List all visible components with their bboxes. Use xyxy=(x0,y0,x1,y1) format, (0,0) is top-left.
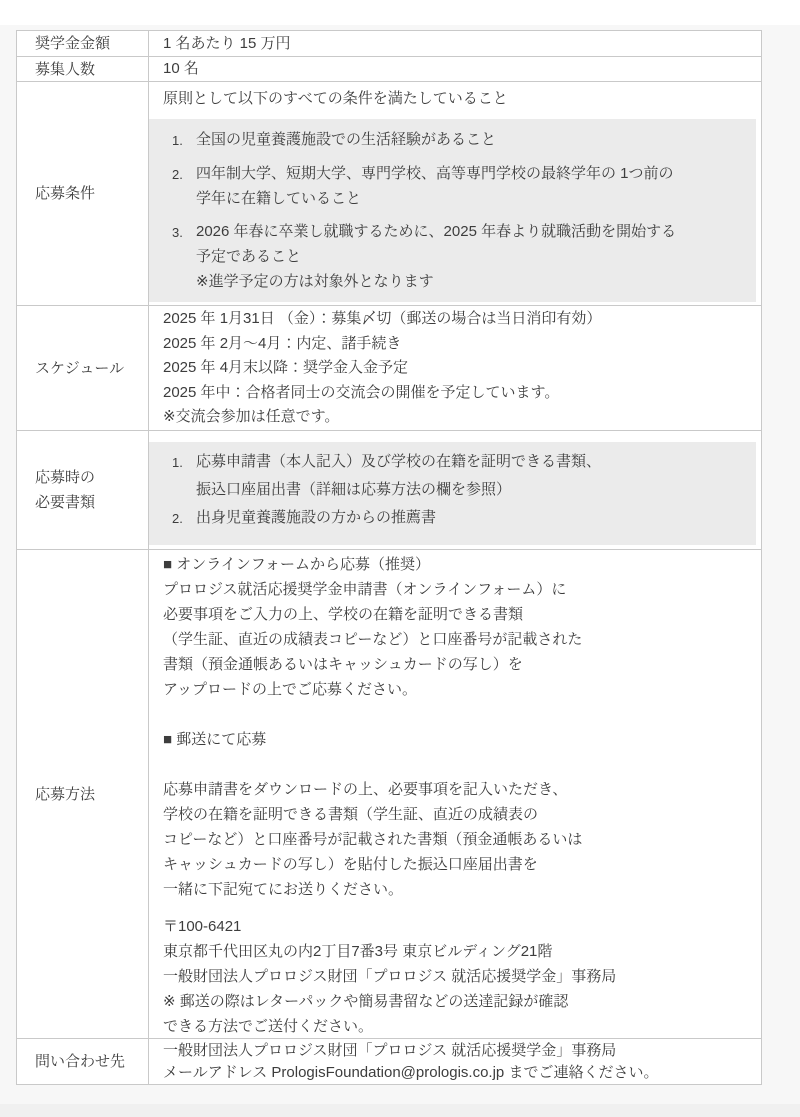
text-line: 予定であること xyxy=(196,244,756,269)
text-line: アップロードの上でご応募ください。 xyxy=(163,677,747,702)
row-documents-label: 応募時の 必要書類 xyxy=(17,431,149,549)
list-number: 2. xyxy=(172,161,196,211)
text-line: キャッシュカードの写し）を貼付した振込口座届出書を xyxy=(163,852,747,877)
text-line: コピーなど）と口座番号が記載された書類（預金通帳あるいは xyxy=(163,827,747,852)
text-line: プロロジス就活応援奨学金申請書（オンラインフォーム）に xyxy=(163,577,747,602)
row-capacity: 募集人数 10 名 xyxy=(17,57,761,82)
row-contact-value: 一般財団法人プロロジス財団「プロロジス 就活応援奨学金」事務局 メールアドレス … xyxy=(149,1039,761,1084)
list-item: 3. 2026 年春に卒業し就職するために、2025 年春より就職活動を開始する… xyxy=(149,219,756,294)
list-number: 1. xyxy=(172,448,196,504)
mail-apply-paragraph: 応募申請書をダウンロードの上、必要事項を記入いただき、 学校の在籍を証明できる書… xyxy=(163,777,747,902)
online-apply-heading: ■ オンラインフォームから応募（推奨） xyxy=(163,552,747,577)
list-item-text: 2026 年春に卒業し就職するために、2025 年春より就職活動を開始する 予定… xyxy=(196,219,756,294)
address-line: 一般財団法人プロロジス財団「プロロジス 就活応援奨学金」事務局 xyxy=(163,964,747,989)
mail-apply-heading: ■ 郵送にて応募 xyxy=(163,727,747,752)
text-line: 2026 年春に卒業し就職するために、2025 年春より就職活動を開始する xyxy=(196,219,756,244)
text-line: 必要事項をご入力の上、学校の在籍を証明できる書類 xyxy=(163,602,747,627)
label-text: 必要書類 xyxy=(35,490,142,515)
row-method-value: ■ オンラインフォームから応募（推奨） プロロジス就活応援奨学金申請書（オンライ… xyxy=(149,550,761,1038)
label-text: 問い合わせ先 xyxy=(35,1049,142,1074)
label-text: 募集人数 xyxy=(35,57,142,82)
conditions-intro: 原則として以下のすべての条件を満たしていること xyxy=(149,82,761,111)
text-line: ※進学予定の方は対象外となります xyxy=(196,269,756,294)
text-line: 2025 年 1月31日 （金）：募集〆切（郵送の場合は当日消印有効） xyxy=(163,307,747,332)
list-item: 2. 四年制大学、短期大学、専門学校、高等専門学校の最終学年の 1つ前の 学年に… xyxy=(149,161,756,211)
text-line: 一般財団法人プロロジス財団「プロロジス 就活応援奨学金」事務局 xyxy=(163,1040,747,1062)
text-line: 2025 年中：合格者同士の交流会の開催を予定しています。 xyxy=(163,381,747,406)
page: { "colors": { "page_background": "#f7f7f… xyxy=(0,0,800,1117)
row-method-label: 応募方法 xyxy=(17,550,149,1038)
row-conditions-label: 応募条件 xyxy=(17,82,149,305)
list-number: 2. xyxy=(172,504,196,533)
text-line: ※交流会参加は任意です。 xyxy=(163,405,747,430)
row-amount-label: 奨学金金額 xyxy=(17,31,149,56)
row-documents: 応募時の 必要書類 1. 応募申請書（本人記入）及び学校の在籍を証明できる書類、… xyxy=(17,431,761,550)
text-line: できる方法でご送付ください。 xyxy=(163,1014,747,1038)
mailing-address: 〒100-6421 東京都千代田区丸の内2丁目7番3号 東京ビルディング21階 … xyxy=(163,914,747,1038)
row-documents-value: 1. 応募申請書（本人記入）及び学校の在籍を証明できる書類、 振込口座届出書（詳… xyxy=(149,431,761,549)
text-line: 出身児童養護施設の方からの推薦書 xyxy=(196,504,756,532)
text-line: 学校の在籍を証明できる書類（学生証、直近の成績表の xyxy=(163,802,747,827)
conditions-list: 1. 全国の児童養護施設での生活経験があること 2. 四年制大学、短期大学、専門… xyxy=(149,119,756,302)
text-line: 学年に在籍していること xyxy=(196,186,756,211)
text-line: （学生証、直近の成績表コピーなど）と口座番号が記載された xyxy=(163,627,747,652)
list-item-text: 全国の児童養護施設での生活経験があること xyxy=(196,127,756,153)
text-line: 応募申請書（本人記入）及び学校の在籍を証明できる書類、 xyxy=(196,448,756,476)
text-line: 振込口座届出書（詳細は応募方法の欄を参照） xyxy=(196,476,756,504)
text-line: 四年制大学、短期大学、専門学校、高等専門学校の最終学年の 1つ前の xyxy=(196,161,756,186)
list-item-text: 応募申請書（本人記入）及び学校の在籍を証明できる書類、 振込口座届出書（詳細は応… xyxy=(196,448,756,504)
text-line: 書類（預金通帳あるいはキャッシュカードの写し）を xyxy=(163,652,747,677)
label-text: 応募時の xyxy=(35,465,142,490)
row-contact-label: 問い合わせ先 xyxy=(17,1039,149,1084)
text-line: 全国の児童養護施設での生活経験があること xyxy=(196,127,756,152)
row-capacity-label: 募集人数 xyxy=(17,57,149,81)
documents-list: 1. 応募申請書（本人記入）及び学校の在籍を証明できる書類、 振込口座届出書（詳… xyxy=(149,442,756,545)
label-text: スケジュール xyxy=(35,356,142,381)
list-item: 1. 応募申請書（本人記入）及び学校の在籍を証明できる書類、 振込口座届出書（詳… xyxy=(149,448,756,504)
row-capacity-value: 10 名 xyxy=(149,57,761,81)
contact-email-line: メールアドレス PrologisFoundation@prologis.co.j… xyxy=(163,1062,747,1084)
label-text: 応募方法 xyxy=(35,782,142,807)
row-contact: 問い合わせ先 一般財団法人プロロジス財団「プロロジス 就活応援奨学金」事務局 メ… xyxy=(17,1039,761,1084)
postal-code: 〒100-6421 xyxy=(163,914,747,939)
text-line: 応募申請書をダウンロードの上、必要事項を記入いただき、 xyxy=(163,777,747,802)
online-apply-paragraph: プロロジス就活応援奨学金申請書（オンラインフォーム）に 必要事項をご入力の上、学… xyxy=(163,577,747,702)
list-item: 1. 全国の児童養護施設での生活経験があること xyxy=(149,127,756,153)
list-item: 2. 出身児童養護施設の方からの推薦書 xyxy=(149,504,756,533)
row-amount-value: 1 名あたり 15 万円 xyxy=(149,31,761,56)
row-conditions: 応募条件 原則として以下のすべての条件を満たしていること 1. 全国の児童養護施… xyxy=(17,82,761,306)
scholarship-info-table: 奨学金金額 1 名あたり 15 万円 募集人数 10 名 応募条件 原則として以… xyxy=(16,30,762,1085)
row-amount: 奨学金金額 1 名あたり 15 万円 xyxy=(17,31,761,57)
list-item-text: 四年制大学、短期大学、専門学校、高等専門学校の最終学年の 1つ前の 学年に在籍し… xyxy=(196,161,756,211)
row-schedule: スケジュール 2025 年 1月31日 （金）：募集〆切（郵送の場合は当日消印有… xyxy=(17,306,761,431)
row-method: 応募方法 ■ オンラインフォームから応募（推奨） プロロジス就活応援奨学金申請書… xyxy=(17,550,761,1039)
text-line: 2025 年 4月末以降：奨学金入金予定 xyxy=(163,356,747,381)
list-number: 3. xyxy=(172,219,196,294)
text-line: ※ 郵送の際はレターパックや簡易書留などの送達記録が確認 xyxy=(163,989,747,1014)
address-line: 東京都千代田区丸の内2丁目7番3号 東京ビルディング21階 xyxy=(163,939,747,964)
label-text: 応募条件 xyxy=(35,181,142,206)
row-schedule-value: 2025 年 1月31日 （金）：募集〆切（郵送の場合は当日消印有効） 2025… xyxy=(149,306,761,430)
text-line: 一緒に下記宛てにお送りください。 xyxy=(163,877,747,902)
list-item-text: 出身児童養護施設の方からの推薦書 xyxy=(196,504,756,533)
text-line: 2025 年 2月〜4月：内定、諸手続き xyxy=(163,332,747,357)
row-schedule-label: スケジュール xyxy=(17,306,149,430)
list-number: 1. xyxy=(172,127,196,153)
bottom-section-divider xyxy=(0,1104,800,1117)
row-conditions-value: 原則として以下のすべての条件を満たしていること 1. 全国の児童養護施設での生活… xyxy=(149,82,761,305)
label-text: 奨学金金額 xyxy=(35,31,142,56)
